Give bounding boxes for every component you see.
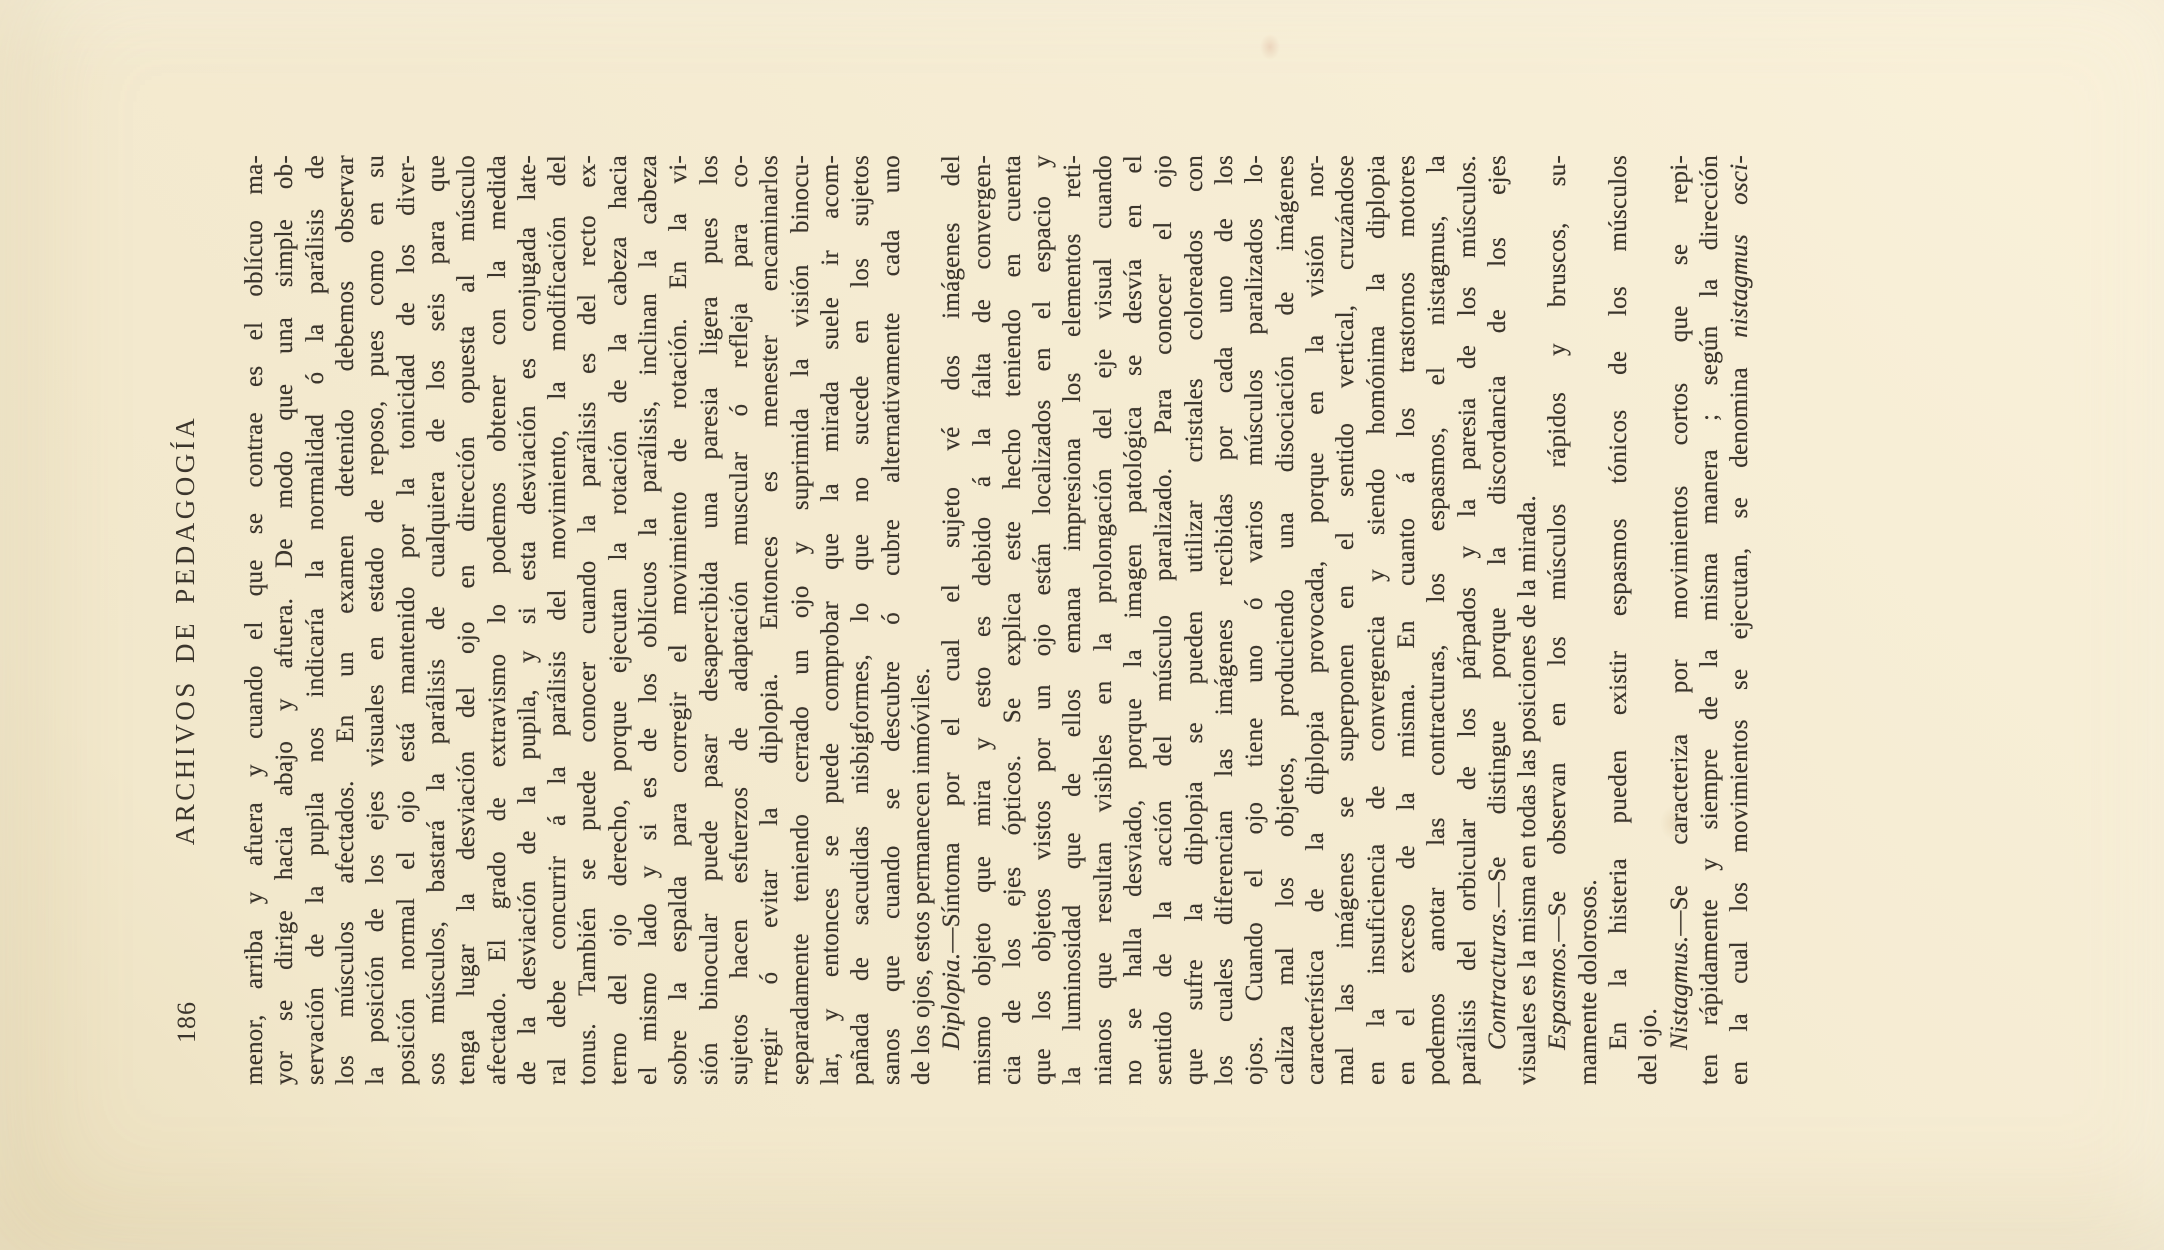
italic-text: nistagmus osci-: [1726, 155, 1753, 338]
scan-area: 186 ARCHIVOS DE PEDAGOGÍA menor, arriba …: [0, 0, 2164, 1250]
text-run: yor se dirige hacia abajo y afuera. De m…: [271, 155, 298, 1085]
text-run: parálisis del orbicular de los párpados …: [1454, 155, 1481, 1085]
text-run: característica de la diplopia provocada,…: [1302, 155, 1329, 1085]
text-line: sujetos hacen esfuerzos de adaptación mu…: [725, 155, 755, 1085]
text-line: los músculos afectados. En un examen det…: [331, 155, 361, 1085]
text-run: no se halla desviado, porque la imagen p…: [1120, 155, 1147, 1085]
text-line: del ojo.: [1634, 155, 1664, 1085]
text-run: la posición de los ejes visuales en esta…: [362, 155, 389, 1085]
text-run: de la desviación de la pupila, y si esta…: [514, 155, 541, 1085]
body-text: menor, arriba y afuera y cuando el que s…: [240, 155, 1756, 1085]
text-run: mal las imágenes se superponen en el sen…: [1332, 155, 1359, 1085]
text-line: sión binocular puede pasar desapercibida…: [695, 155, 725, 1085]
italic-text: Contracturas.: [1484, 907, 1511, 1050]
text-run: sos músculos, bastará la parálisis de cu…: [423, 155, 450, 1085]
text-line: en el exceso de la misma. En cuanto á lo…: [1392, 155, 1422, 1085]
text-line: Contracturas.—Se distingue porque la dis…: [1483, 155, 1513, 1085]
text-run: el mismo lado y si es de los oblícuos la…: [635, 155, 662, 1085]
text-line: ten rápidamente y siempre de la misma ma…: [1695, 155, 1725, 1085]
text-run: sanos que cuando se descubre ó cubre alt…: [878, 155, 905, 1085]
text-run: posición normal el ojo está mantenido po…: [393, 155, 420, 1085]
text-run: cia de los ejes ópticos. Se explica este…: [999, 155, 1026, 1085]
text-line: lar, y entonces se puede comprobar que l…: [816, 155, 846, 1085]
text-run: los cuales diferencian las imágenes reci…: [1211, 155, 1238, 1085]
text-line: pañada de sacudidas nisbigformes, lo que…: [846, 155, 876, 1085]
text-line: visuales es la misma en todas las posici…: [1513, 155, 1543, 1085]
text-line: separadamente teniendo cerrado un ojo y …: [786, 155, 816, 1085]
text-line: de los ojos, estos permanecen inmóviles.: [907, 155, 937, 1085]
text-run: pañada de sacudidas nisbigformes, lo que…: [847, 155, 874, 1085]
text-line: sanos que cuando se descubre ó cubre alt…: [877, 155, 907, 1085]
text-line: menor, arriba y afuera y cuando el que s…: [240, 155, 270, 1085]
text-line: característica de la diplopia provocada,…: [1301, 155, 1331, 1085]
text-run: sión binocular puede pasar desapercibida…: [696, 155, 723, 1085]
text-line: de la desviación de la pupila, y si esta…: [513, 155, 543, 1085]
text-line: Espasmos.—Se observan en los músculos rá…: [1543, 155, 1573, 1085]
text-line: terno del ojo derecho, porque ejecutan l…: [604, 155, 634, 1085]
text-line: afectado. El grado de extravismo lo pode…: [483, 155, 513, 1085]
italic-text: Espasmos.: [1544, 941, 1571, 1050]
running-title: ARCHIVOS DE PEDAGOGÍA: [170, 165, 201, 1095]
text-run: sujetos hacen esfuerzos de adaptación mu…: [726, 155, 753, 1085]
text-line: En la histeria pueden existir espasmos t…: [1604, 155, 1634, 1085]
text-run: los músculos afectados. En un examen det…: [332, 155, 359, 1085]
book-page: 186 ARCHIVOS DE PEDAGOGÍA menor, arriba …: [0, 0, 2164, 1250]
text-run: en el exceso de la misma. En cuanto á lo…: [1393, 155, 1420, 1085]
text-line: sobre la espalda para corregir el movimi…: [664, 155, 694, 1085]
text-line: los cuales diferencian las imágenes reci…: [1210, 155, 1240, 1085]
text-run: —Se caracteriza por movimientos cortos q…: [1666, 155, 1693, 936]
text-line: sos músculos, bastará la parálisis de cu…: [422, 155, 452, 1085]
running-head: 186 ARCHIVOS DE PEDAGOGÍA: [166, 165, 210, 1095]
text-run: que sufre la diplopia se pueden utilizar…: [1181, 155, 1208, 1085]
text-line: que los objetos vistos por un ojo están …: [1028, 155, 1058, 1085]
text-line: podemos anotar las contracturas, los esp…: [1422, 155, 1452, 1085]
text-run: —Se distingue porque la discordancia de …: [1484, 155, 1511, 907]
text-line: parálisis del orbicular de los párpados …: [1453, 155, 1483, 1085]
text-run: terno del ojo derecho, porque ejecutan l…: [605, 155, 632, 1085]
text-line: el mismo lado y si es de los oblícuos la…: [634, 155, 664, 1085]
text-line: no se halla desviado, porque la imagen p…: [1119, 155, 1149, 1085]
text-run: en la cual los movimientos se ejecutan, …: [1726, 338, 1753, 1085]
text-run: sobre la espalda para corregir el movimi…: [665, 155, 692, 1085]
text-run: ten rápidamente y siempre de la misma ma…: [1696, 155, 1723, 1085]
text-run: visuales es la misma en todas las posici…: [1514, 495, 1541, 1085]
text-run: la luminosidad que de ellos emana impres…: [1059, 155, 1086, 1085]
text-line: ojos. Cuando el ojo tiene uno ó varios m…: [1240, 155, 1270, 1085]
text-run: ojos. Cuando el ojo tiene uno ó varios m…: [1241, 155, 1268, 1085]
italic-text: Nistagmus.: [1666, 936, 1693, 1050]
paper-stain: [1260, 34, 1280, 60]
text-run: mamente dolorosos.: [1575, 879, 1602, 1085]
text-line: ral debe concurrir á la parálisis del mo…: [543, 155, 573, 1085]
text-line: en la insuficiencia de convergencia y si…: [1362, 155, 1392, 1085]
text-line: Nistagmus.—Se caracteriza por movimiento…: [1665, 155, 1695, 1085]
text-line: mismo objeto que mira y esto es debido á…: [968, 155, 998, 1085]
text-line: cia de los ejes ópticos. Se explica este…: [998, 155, 1028, 1085]
text-line: la posición de los ejes visuales en esta…: [361, 155, 391, 1085]
text-run: mismo objeto que mira y esto es debido á…: [969, 155, 996, 1085]
text-line: mal las imágenes se superponen en el sen…: [1331, 155, 1361, 1085]
text-run: tonus. También se puede conocer cuando l…: [574, 155, 601, 1085]
text-run: En la histeria pueden existir espasmos t…: [1605, 155, 1632, 1050]
text-line: caliza mal los objetos, produciendo una …: [1271, 155, 1301, 1085]
text-run: menor, arriba y afuera y cuando el que s…: [241, 155, 268, 1085]
text-line: la luminosidad que de ellos emana impres…: [1058, 155, 1088, 1085]
text-run: lar, y entonces se puede comprobar que l…: [817, 155, 844, 1085]
text-line: yor se dirige hacia abajo y afuera. De m…: [270, 155, 300, 1085]
text-line: tonus. También se puede conocer cuando l…: [573, 155, 603, 1085]
text-line: que sufre la diplopia se pueden utilizar…: [1180, 155, 1210, 1085]
text-run: caliza mal los objetos, produciendo una …: [1272, 155, 1299, 1085]
text-run: separadamente teniendo cerrado un ojo y …: [787, 155, 814, 1085]
text-run: rregir ó evitar la diplopia. Entonces es…: [756, 155, 783, 1085]
text-run: que los objetos vistos por un ojo están …: [1029, 155, 1056, 1085]
text-run: de los ojos, estos permanecen inmóviles.: [908, 667, 935, 1085]
text-run: afectado. El grado de extravismo lo pode…: [484, 155, 511, 1085]
text-line: tenga lugar la desviación del ojo en dir…: [452, 155, 482, 1085]
text-run: del ojo.: [1635, 1008, 1662, 1085]
text-line: en la cual los movimientos se ejecutan, …: [1725, 155, 1755, 1085]
text-run: tenga lugar la desviación del ojo en dir…: [453, 155, 480, 1085]
text-run: —Síntoma por el cual el sujeto vé dos im…: [938, 155, 965, 953]
text-run: —Se observan en los músculos rápidos y b…: [1544, 155, 1571, 941]
italic-text: Diplopia.: [938, 953, 965, 1050]
text-line: rregir ó evitar la diplopia. Entonces es…: [755, 155, 785, 1085]
text-line: nianos que resultan visibles en la prolo…: [1089, 155, 1119, 1085]
text-run: sentido de la acción del músculo paraliz…: [1150, 155, 1177, 1085]
text-run: ral debe concurrir á la parálisis del mo…: [544, 155, 571, 1085]
text-run: servación de la pupila nos indicaría la …: [302, 155, 329, 1085]
text-line: mamente dolorosos.: [1574, 155, 1604, 1085]
text-line: posición normal el ojo está mantenido po…: [392, 155, 422, 1085]
text-run: nianos que resultan visibles en la prolo…: [1090, 155, 1117, 1085]
text-run: en la insuficiencia de convergencia y si…: [1363, 155, 1390, 1085]
text-line: servación de la pupila nos indicaría la …: [301, 155, 331, 1085]
text-line: sentido de la acción del músculo paraliz…: [1149, 155, 1179, 1085]
text-line: Diplopia.—Síntoma por el cual el sujeto …: [937, 155, 967, 1085]
text-run: podemos anotar las contracturas, los esp…: [1423, 155, 1450, 1085]
